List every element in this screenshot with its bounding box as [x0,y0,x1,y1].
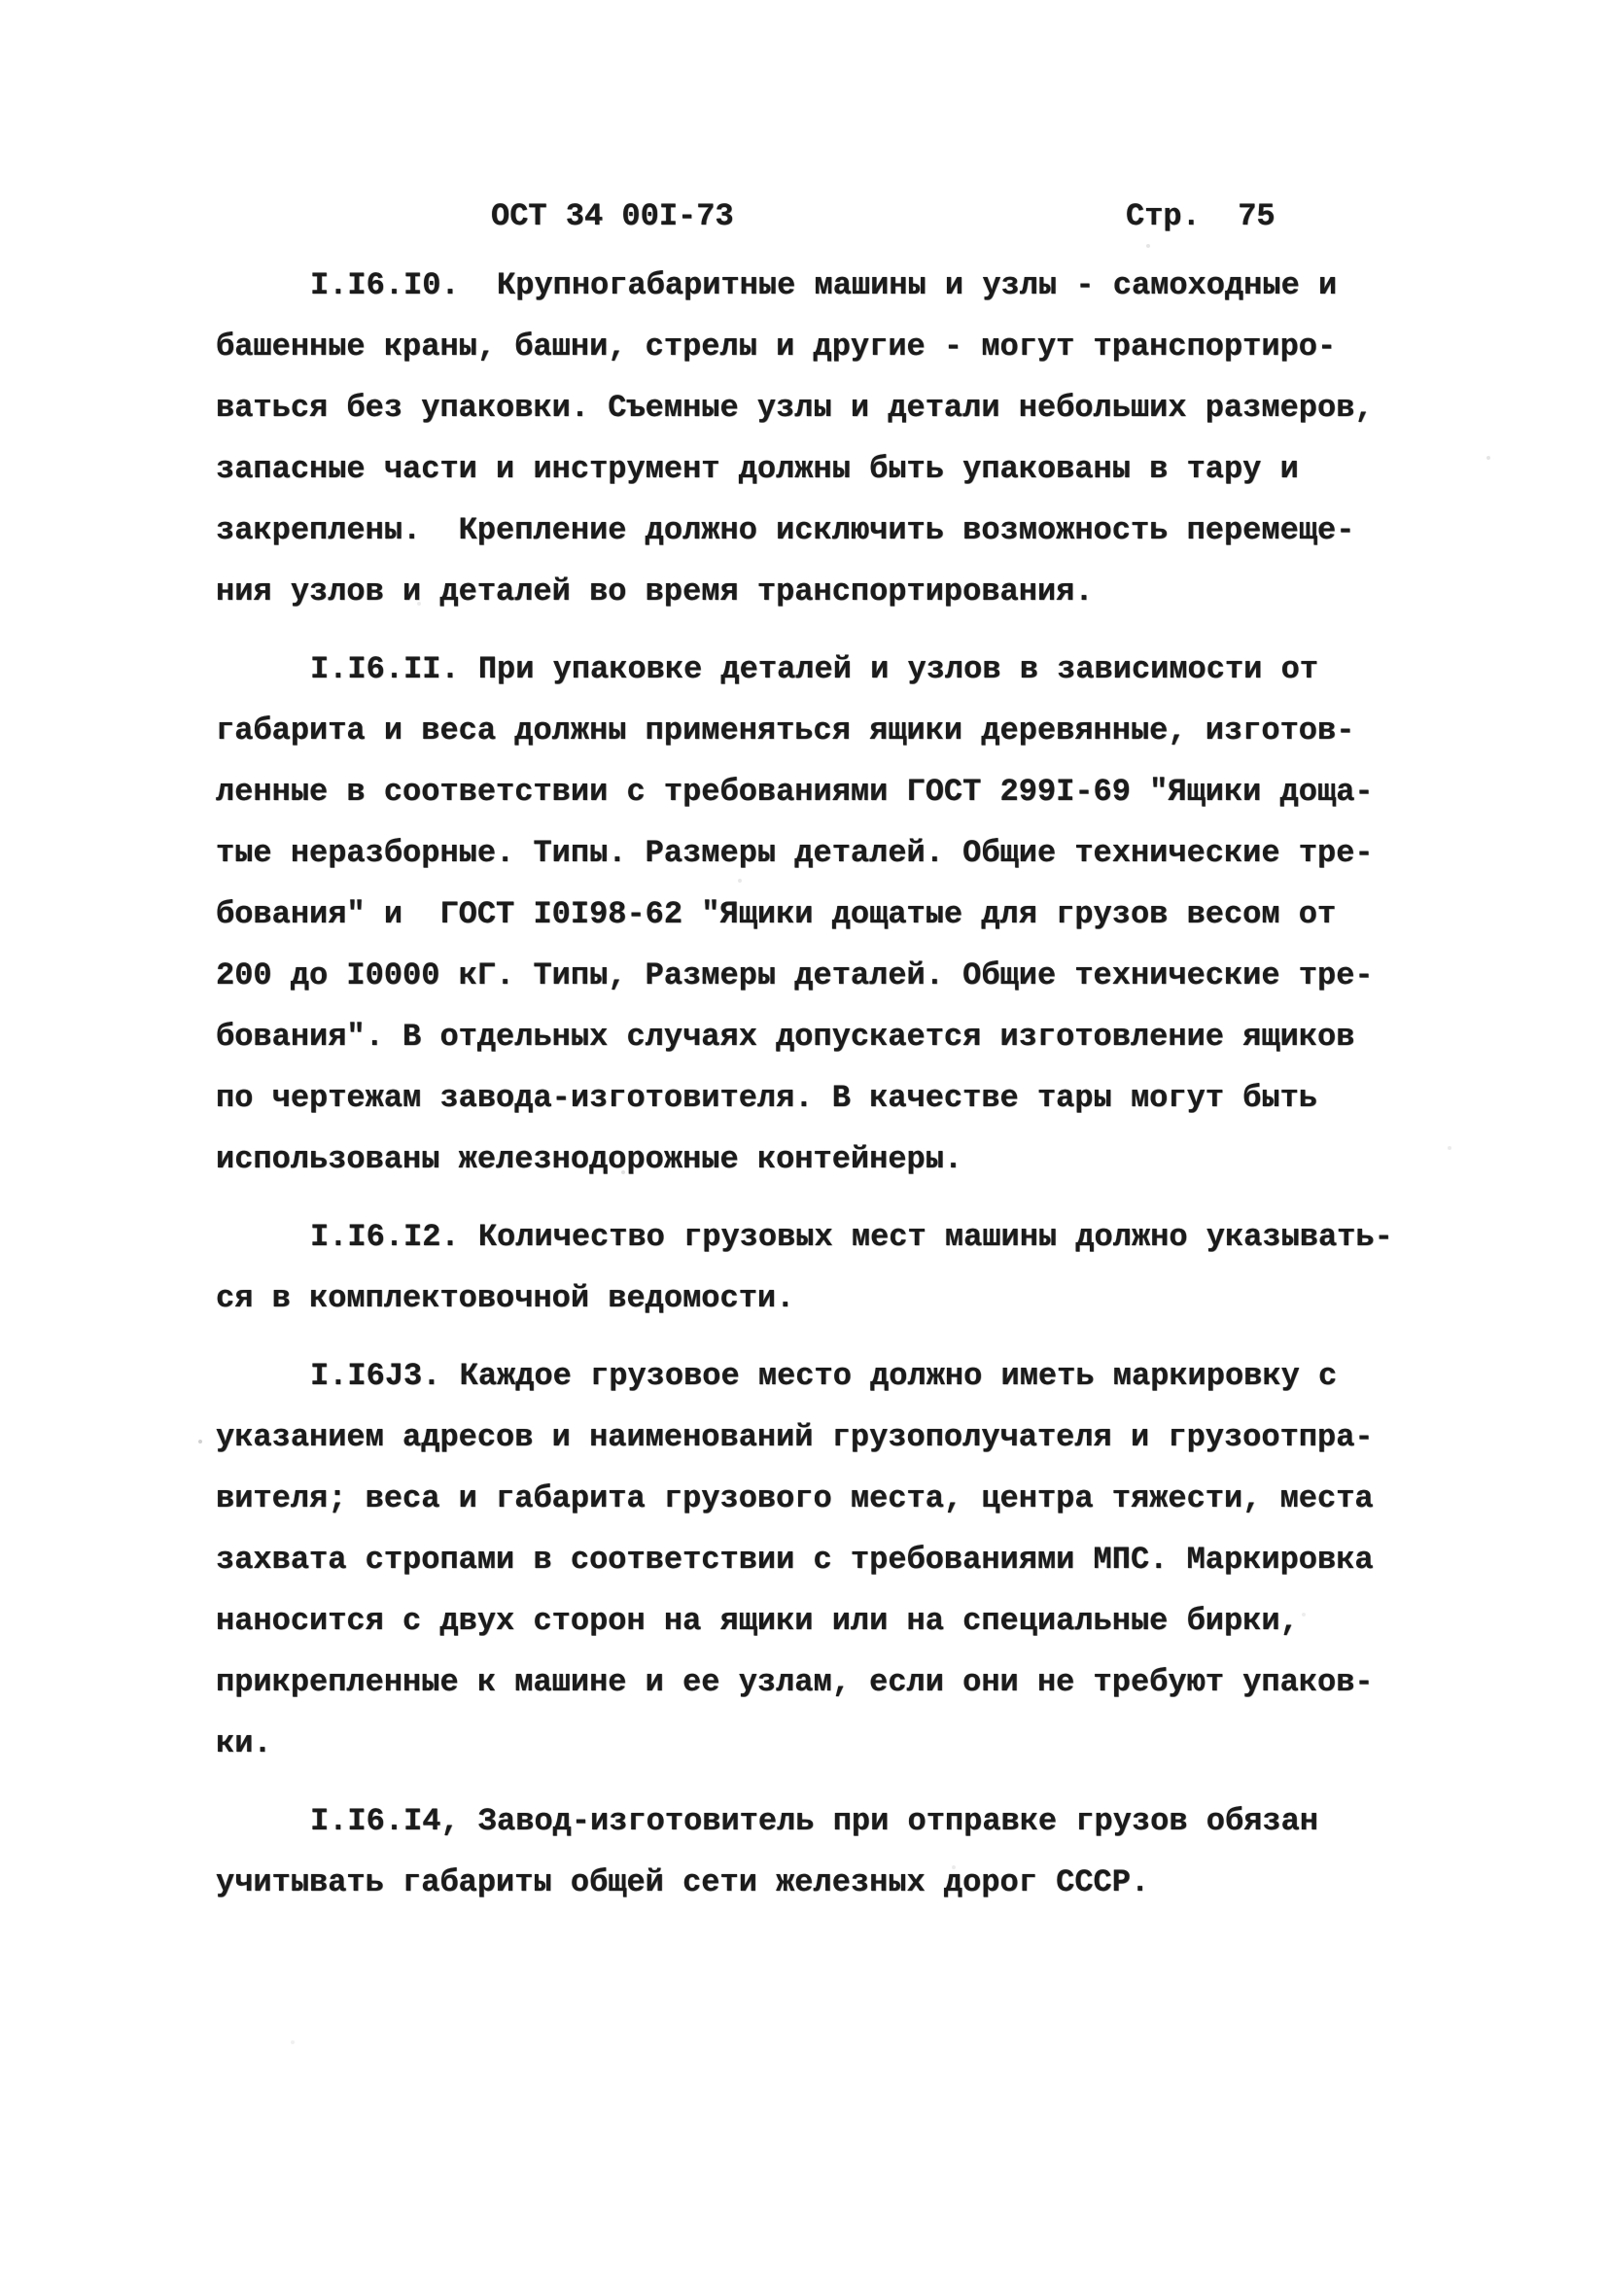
text-line: вителя; веса и габарита грузового места,… [216,1468,1470,1529]
text-line: I.I6.I4, Завод-изготовитель при отправке… [216,1791,1470,1852]
text-line: тые неразборные. Типы. Размеры деталей. … [216,822,1470,884]
text-line: I.I6.I0. Крупногабаритные машины и узлы … [216,255,1470,316]
text-line: запасные части и инструмент должны быть … [216,438,1470,500]
paragraph-1-16-11: I.I6.II. При упаковке деталей и узлов в … [216,639,1470,1190]
scanned-document-page: ОСТ 34 00I-73 Стр. 75 I.I6.I0. Крупногаб… [0,0,1608,2296]
text-line: бования". В отдельных случаях допускаетс… [216,1006,1470,1067]
text-line: ленные в соответствии с требованиями ГОС… [216,761,1470,822]
text-line: ваться без упаковки. Съемные узлы и дета… [216,377,1470,438]
text-line: башенные краны, башни, стрелы и другие -… [216,316,1470,377]
paragraph-1-16-14: I.I6.I4, Завод-изготовитель при отправке… [216,1791,1470,1913]
page-number-label: Стр. 75 [1126,198,1276,234]
text-line: использованы железнодорожные контейнеры. [216,1129,1470,1190]
text-line: наносится с двух сторон на ящики или на … [216,1590,1470,1652]
text-line: захвата стропами в соответствии с требов… [216,1529,1470,1590]
text-line: I.I6.II. При упаковке деталей и узлов в … [216,639,1470,700]
text-line: бования" и ГОСТ I0I98-62 "Ящики дощатые … [216,884,1470,945]
text-line: I.I6J3. Каждое грузовое место должно име… [216,1345,1470,1407]
document-body: I.I6.I0. Крупногабаритные машины и узлы … [216,255,1470,1913]
text-line: 200 до I0000 кГ. Типы, Размеры деталей. … [216,945,1470,1006]
text-line: ния узлов и деталей во время транспортир… [216,561,1470,622]
text-line: учитывать габариты общей сети железных д… [216,1852,1470,1913]
paragraph-1-16-12: I.I6.I2. Количество грузовых мест машины… [216,1206,1470,1329]
text-line: габарита и веса должны применяться ящики… [216,700,1470,761]
paragraph-1-16-13: I.I6J3. Каждое грузовое место должно име… [216,1345,1470,1774]
text-line: по чертежам завода-изготовителя. В качес… [216,1067,1470,1129]
text-line: закреплены. Крепление должно исключить в… [216,500,1470,561]
scan-noise-specks [0,0,2,2]
page-header: ОСТ 34 00I-73 Стр. 75 [0,198,1608,237]
standard-number: ОСТ 34 00I-73 [491,198,734,234]
text-line: I.I6.I2. Количество грузовых мест машины… [216,1206,1470,1268]
paragraph-1-16-10: I.I6.I0. Крупногабаритные машины и узлы … [216,255,1470,622]
text-line: ки. [216,1713,1470,1774]
text-line: прикрепленные к машине и ее узлам, если … [216,1652,1470,1713]
text-line: ся в комплектовочной ведомости. [216,1268,1470,1329]
text-line: указанием адресов и наименований грузопо… [216,1407,1470,1468]
